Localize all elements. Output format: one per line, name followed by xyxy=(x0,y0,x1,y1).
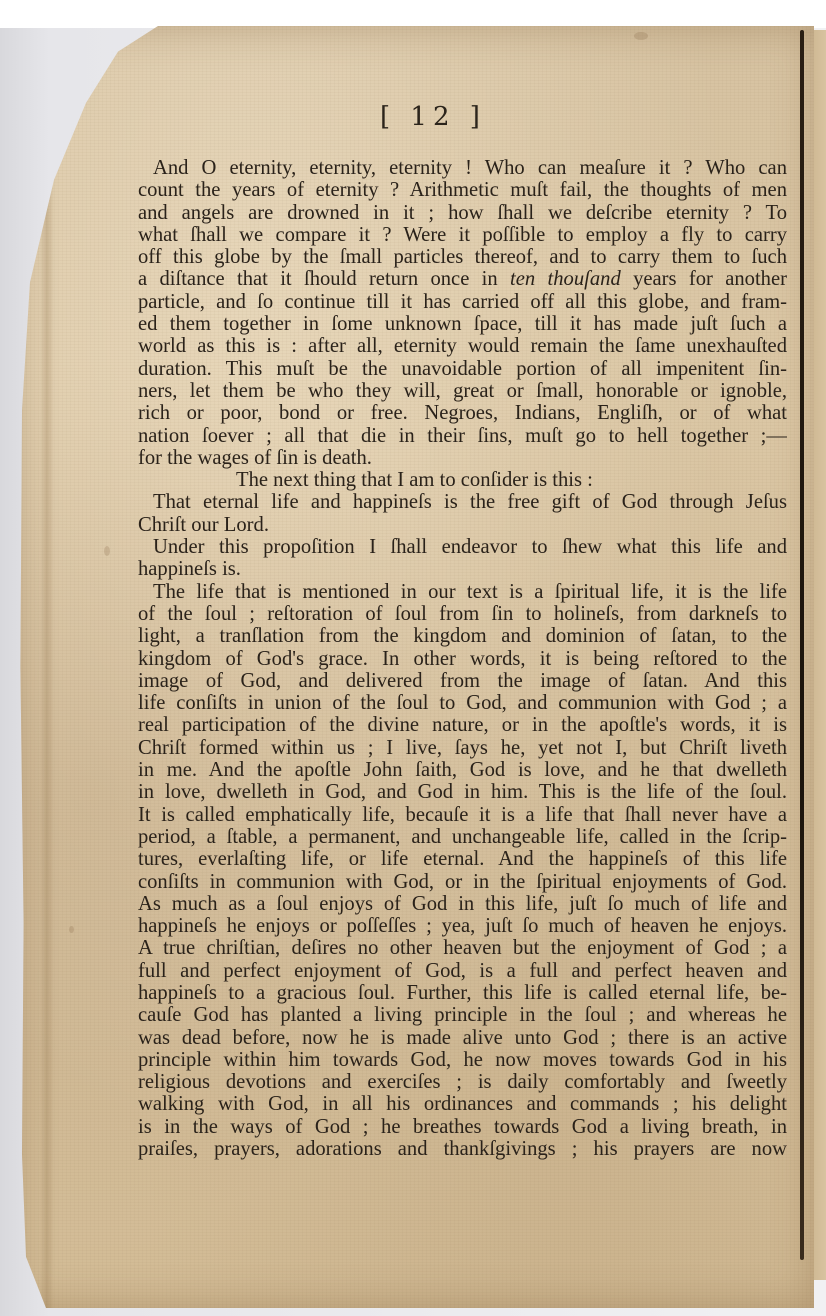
text-line: happineſs to a gracious ſoul. Further, t… xyxy=(138,982,787,1004)
paper-stain xyxy=(69,926,74,933)
scanned-page-view: [ 12 ] And O eternity, eternity, eternit… xyxy=(0,0,826,1316)
text-line: rich or poor, bond or free. Negroes, Ind… xyxy=(138,402,787,424)
text-line: life conſiſts in union of the ſoul to Go… xyxy=(138,692,787,714)
paragraph: That eternal life and happineſs is the f… xyxy=(138,491,787,536)
page-fold-crease xyxy=(40,186,54,1316)
text-line: full and perfect enjoyment of God, is a … xyxy=(138,960,787,982)
text-line: in love, dwelleth in God, and God in him… xyxy=(138,781,787,803)
italic-emphasis: ten thouſand xyxy=(510,268,621,290)
text-line: is in the ways of God ; he breathes towa… xyxy=(138,1116,787,1138)
text-line: conſiſts in communion with God, or in th… xyxy=(138,871,787,893)
text-line: and angels are drowned in it ; how ſhall… xyxy=(138,202,787,224)
paper-stain xyxy=(634,32,648,40)
text-line: real participation of the divine nature,… xyxy=(138,714,787,736)
text-line: image of God, and delivered from the ima… xyxy=(138,670,787,692)
text-line: Under this propoſition I ſhall endeavor … xyxy=(138,536,787,558)
text-line: praiſes, prayers, adorations and thankſg… xyxy=(138,1138,787,1160)
text-line: particle, and ſo continue till it has ca… xyxy=(138,291,787,313)
text-line: nation ſoever ; all that die in their ſi… xyxy=(138,425,787,447)
text-line: period, a ſtable, a permanent, and uncha… xyxy=(138,826,787,848)
text-line: principle within him towards God, he now… xyxy=(138,1049,787,1071)
text-line: That eternal life and happineſs is the f… xyxy=(138,491,787,513)
text-line: kingdom of God's grace. In other words, … xyxy=(138,648,787,670)
paper-stain xyxy=(104,546,110,556)
text-line: ners, let them be who they will, great o… xyxy=(138,380,787,402)
page-number: [ 12 ] xyxy=(380,102,520,132)
text-line-with-italic: a diſtance that it ſhould return once in… xyxy=(138,268,787,290)
text-line: The life that is mentioned in our text i… xyxy=(138,581,787,603)
text-line: As much as a ſoul enjoys of God in this … xyxy=(138,893,787,915)
text-line: light, a tranſlation from the kingdom an… xyxy=(138,625,787,647)
text-line: happineſs is. xyxy=(138,558,787,580)
paragraph: The life that is mentioned in our text i… xyxy=(138,581,787,1161)
text-line: was dead before, now he is made alive un… xyxy=(138,1027,787,1049)
text-line: for the wages of ſin is death. xyxy=(138,447,787,469)
text-line: world as this is : after all, eternity w… xyxy=(138,335,787,357)
text-line: And O eternity, eternity, eternity ! Who… xyxy=(138,157,787,179)
text-line: off this globe by the ſmall particles th… xyxy=(138,246,787,268)
text-line: walking with God, in all his ordinances … xyxy=(138,1093,787,1115)
text-line: of the ſoul ; reſtoration of ſoul from ſ… xyxy=(138,603,787,625)
text-line: A true chriſtian, deſires no other heave… xyxy=(138,937,787,959)
body-text: And O eternity, eternity, eternity ! Who… xyxy=(138,157,787,1160)
text-line: It is called emphatically life, becauſe … xyxy=(138,804,787,826)
text-segment: years for another xyxy=(633,268,787,290)
paragraph: And O eternity, eternity, eternity ! Who… xyxy=(138,157,787,469)
text-line: what ſhall we compare it ? Were it poſſi… xyxy=(138,224,787,246)
text-line: ed them together in ſome unknown ſpace, … xyxy=(138,313,787,335)
text-line: happineſs he enjoys or poſſeſſes ; yea, … xyxy=(138,915,787,937)
text-line: tures, everlaſting life, or life eternal… xyxy=(138,848,787,870)
text-line: religious devotions and exerciſes ; is d… xyxy=(138,1071,787,1093)
text-line: cauſe God has planted a living principle… xyxy=(138,1004,787,1026)
text-line: The next thing that I am to conſider is … xyxy=(138,469,787,491)
text-line: Chriſt formed within us ; I live, ſays h… xyxy=(138,737,787,759)
text-line: Chriſt our Lord. xyxy=(138,514,787,536)
text-line: in me. And the apoſtle John ſaith, God i… xyxy=(138,759,787,781)
binding-gutter xyxy=(800,30,804,1260)
paragraph: Under this propoſition I ſhall endeavor … xyxy=(138,536,787,581)
text-line: count the years of eternity ? Arithmetic… xyxy=(138,179,787,201)
text-line: duration. This muſt be the unavoidable p… xyxy=(138,358,787,380)
paragraph: The next thing that I am to conſider is … xyxy=(138,469,787,491)
text-segment: a diſtance that it ſhould return once in xyxy=(138,268,498,290)
